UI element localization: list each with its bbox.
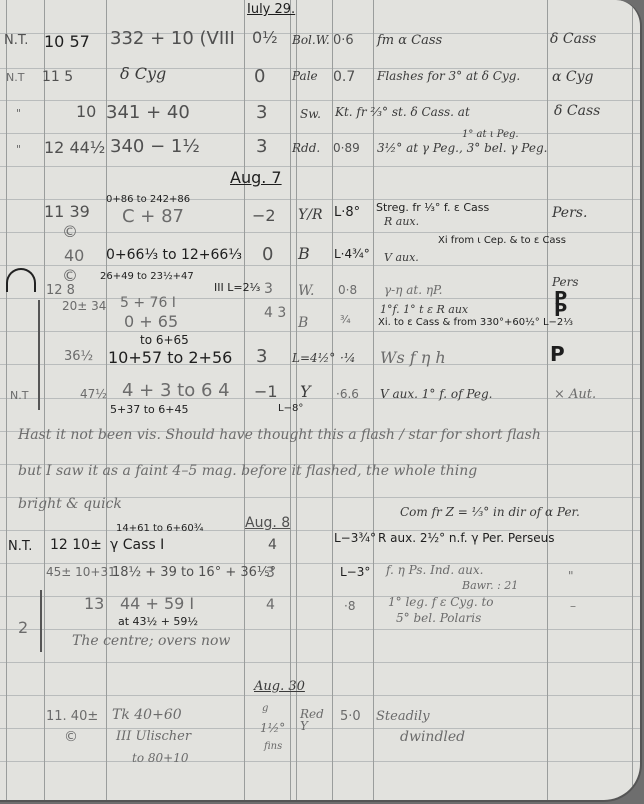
remarks-line2: dwindled bbox=[400, 730, 465, 744]
remarks-line2: Xi. to ε Cass & from 330°+60½° L−2⅓ bbox=[378, 318, 573, 328]
time: 12 44½ bbox=[44, 140, 105, 156]
date-header: Aug. 30 bbox=[254, 680, 305, 693]
remarks: 1° leg. f ε Cyg. to bbox=[388, 596, 494, 608]
time-mark: © bbox=[62, 268, 78, 284]
magnitude: −2 bbox=[252, 208, 276, 224]
time: 11 39 bbox=[44, 204, 90, 220]
magnitude: 3 bbox=[256, 348, 267, 366]
ruled-line bbox=[0, 662, 640, 663]
time: 47½ bbox=[80, 388, 107, 400]
time: 40 bbox=[64, 248, 84, 264]
position-note: 0+86 to 242+86 bbox=[106, 195, 190, 205]
radiant: Pers. bbox=[552, 206, 587, 220]
duration: L−3° bbox=[340, 566, 370, 578]
ruled-line bbox=[0, 563, 640, 564]
remarks: V aux. 1° f. of Peg. bbox=[380, 388, 492, 400]
column-rule bbox=[44, 0, 45, 800]
colour: Red Y bbox=[300, 708, 330, 732]
ruled-line bbox=[0, 166, 640, 167]
magnitude: 3 bbox=[256, 138, 267, 156]
remarks: Flashes for 3° at δ Cyg. bbox=[377, 70, 520, 82]
radiant: " bbox=[568, 570, 574, 582]
position: 332 + 10 (VIII bbox=[110, 30, 235, 48]
magnitude: 1½° bbox=[260, 722, 285, 734]
duration: ·¼ bbox=[340, 352, 355, 364]
remarks-above: 1° at ι Peg. bbox=[462, 130, 519, 140]
colour: B bbox=[298, 316, 308, 330]
position: 340 − 1½ bbox=[110, 138, 200, 156]
radiant: × Aut. bbox=[554, 388, 596, 401]
position-line2: III Ulischer bbox=[116, 730, 191, 743]
remarks: γ-η at. ηP. bbox=[384, 284, 442, 296]
position: 10+57 to 2+56 bbox=[108, 350, 232, 366]
time: 20± 34 bbox=[62, 300, 106, 312]
remarks: fm α Cass bbox=[377, 34, 442, 47]
note: The centre; overs now bbox=[72, 634, 230, 648]
time: 12 8 bbox=[46, 284, 75, 297]
radiant: δ Cass bbox=[550, 32, 596, 46]
radiant: δ Cass bbox=[554, 104, 600, 118]
position: 0+66⅓ to 12+66⅓ bbox=[106, 248, 242, 262]
date-header: Aug. 8 bbox=[245, 516, 290, 530]
colour: Bol.W. bbox=[292, 34, 330, 46]
magnitude: 0 bbox=[254, 68, 265, 86]
magnitude-note: g bbox=[262, 704, 268, 714]
remarks: 3½° at γ Peg., 3° bel. γ Peg. bbox=[377, 142, 547, 154]
magnitude: 3 bbox=[264, 282, 273, 296]
duration: L·4¾° bbox=[334, 248, 370, 260]
remarks-line2: Bawr. : 21 bbox=[462, 580, 518, 591]
time: 12 10± bbox=[50, 538, 102, 552]
column-rule bbox=[332, 0, 333, 800]
observer: N.T. bbox=[8, 540, 32, 553]
magnitude: 3 bbox=[266, 566, 275, 580]
position-note: 5+37 to 6+45 bbox=[110, 404, 188, 415]
duration: ·6.6 bbox=[336, 388, 359, 400]
remarks: 1°f. 1° t ε R aux bbox=[380, 304, 468, 315]
position: 4 + 3 to 6 4 bbox=[122, 382, 230, 400]
colour: Sw. bbox=[300, 108, 321, 120]
magnitude: 4 bbox=[266, 598, 275, 612]
position: Tk 40+60 bbox=[112, 708, 182, 722]
time-mark: © bbox=[64, 730, 78, 744]
position-side: III L=2⅓ bbox=[214, 282, 260, 293]
radiant: Pers bbox=[552, 276, 579, 288]
position: 44 + 59 I bbox=[120, 596, 194, 612]
ruled-line bbox=[0, 629, 640, 630]
colour: Y/R bbox=[298, 208, 323, 222]
observer: N.T bbox=[10, 390, 28, 401]
time: 11. 40± bbox=[46, 710, 98, 723]
remarks: Kt. fr ⅔° st. δ Cass. at bbox=[335, 106, 470, 118]
time: 45± 10+31 bbox=[46, 566, 116, 578]
margin-bracket bbox=[40, 590, 42, 652]
position-line2: 0 + 65 bbox=[124, 314, 178, 330]
remarks-line2: 5° bel. Polaris bbox=[396, 612, 481, 624]
column-rule bbox=[632, 0, 633, 800]
ruled-line bbox=[0, 100, 640, 101]
remarks: R aux. 2½° n.f. γ Per. Perseus bbox=[378, 532, 555, 544]
note-line: bright & quick bbox=[18, 497, 122, 511]
magnitude: 3 bbox=[256, 104, 267, 122]
margin-bracket bbox=[38, 300, 40, 410]
ruled-line bbox=[0, 133, 640, 134]
position-line3: to 80+10 bbox=[132, 752, 188, 764]
colour: Y bbox=[300, 384, 311, 400]
ruled-line bbox=[0, 232, 640, 233]
position-note: at 43½ + 59½ bbox=[118, 616, 198, 627]
remarks: Ws f η h bbox=[380, 350, 446, 366]
duration: 5·0 bbox=[340, 710, 361, 723]
position: δ Cyg bbox=[120, 66, 166, 82]
colour: Pale bbox=[292, 70, 318, 82]
observer: " bbox=[16, 108, 21, 119]
position: 5 + 76 I bbox=[120, 296, 176, 310]
magnitude: −1 bbox=[254, 384, 278, 400]
position-note: 26+49 to 23½+47 bbox=[100, 272, 194, 282]
remarks: Streg. fr ⅓° f. ε Cass bbox=[376, 202, 489, 213]
position: 18½ + 39 to 16° + 36⅕° bbox=[112, 566, 276, 579]
radiant: P bbox=[554, 302, 567, 320]
ruled-line bbox=[0, 331, 640, 332]
remarks: Steadily bbox=[376, 710, 430, 723]
position: γ Cass I bbox=[110, 538, 164, 552]
radiant: – bbox=[570, 600, 576, 612]
remarks: V aux. bbox=[384, 252, 419, 263]
position-note: 14+61 to 6+60¾ bbox=[116, 524, 203, 534]
colour: W. bbox=[298, 284, 314, 298]
column-rule bbox=[547, 0, 548, 800]
magnitude-note: fins bbox=[264, 742, 282, 752]
ruled-line bbox=[0, 68, 640, 69]
magnitude: 4 bbox=[268, 538, 277, 552]
colour-note: L−8° bbox=[278, 404, 303, 414]
remarks-line2: R aux. bbox=[384, 216, 419, 227]
ruled-line bbox=[0, 199, 640, 200]
position: 341 + 40 bbox=[106, 104, 190, 122]
observer: 2 bbox=[18, 620, 28, 636]
duration: L·8° bbox=[334, 206, 360, 219]
ruled-line bbox=[0, 695, 640, 696]
duration: ·8 bbox=[344, 600, 355, 612]
radiant: α Cyg bbox=[552, 70, 594, 84]
duration: 0·6 bbox=[333, 34, 354, 47]
radiant: P bbox=[550, 344, 565, 364]
date-header: Iuly 29. bbox=[247, 3, 295, 16]
note-line: but I saw it as a faint 4–5 mag. before … bbox=[18, 464, 477, 478]
notebook-page: Iuly 29. N.T. 10 57 332 + 10 (VIII 0½ Bo… bbox=[0, 0, 642, 802]
remarks: f. η Ps. Ind. aux. bbox=[386, 564, 483, 576]
ruled-line bbox=[0, 265, 640, 266]
side-note: Com fr Z = ⅓° in dir of α Per. bbox=[400, 506, 580, 518]
margin-curl-mark bbox=[6, 268, 36, 292]
note-line: Hast it not been vis. Should have though… bbox=[18, 428, 541, 442]
position-note: to 6+65 bbox=[140, 334, 189, 346]
time-mark: © bbox=[62, 224, 78, 240]
observer: " bbox=[16, 144, 21, 155]
colour: L=4½° bbox=[292, 352, 335, 364]
ruled-line bbox=[0, 761, 640, 762]
observer: N.T bbox=[6, 72, 24, 83]
time: 10 bbox=[76, 104, 96, 120]
date-header: Aug. 7 bbox=[230, 170, 282, 186]
time: 10 57 bbox=[44, 34, 90, 50]
duration: L−3¾° bbox=[334, 532, 376, 544]
column-rule bbox=[244, 0, 245, 800]
duration: 0·8 bbox=[338, 284, 357, 296]
magnitude: 0 bbox=[262, 246, 273, 264]
position: C + 87 bbox=[122, 208, 184, 226]
column-rule bbox=[6, 0, 7, 800]
duration: 0·89 bbox=[333, 142, 360, 154]
time: 11 5 bbox=[42, 70, 73, 84]
observer: N.T. bbox=[4, 34, 28, 47]
colour: B bbox=[298, 246, 310, 262]
magnitude: 4 3 bbox=[264, 306, 286, 320]
magnitude: 0½ bbox=[252, 30, 278, 46]
duration: ¾ bbox=[340, 314, 351, 325]
remarks-side: Xi from ι Cep. & to ε Cass bbox=[438, 236, 566, 246]
duration: 0.7 bbox=[333, 70, 355, 84]
column-rule bbox=[373, 0, 374, 800]
time: 13 bbox=[84, 596, 104, 612]
colour: Rdd. bbox=[292, 142, 320, 154]
time: 36½ bbox=[64, 350, 93, 363]
